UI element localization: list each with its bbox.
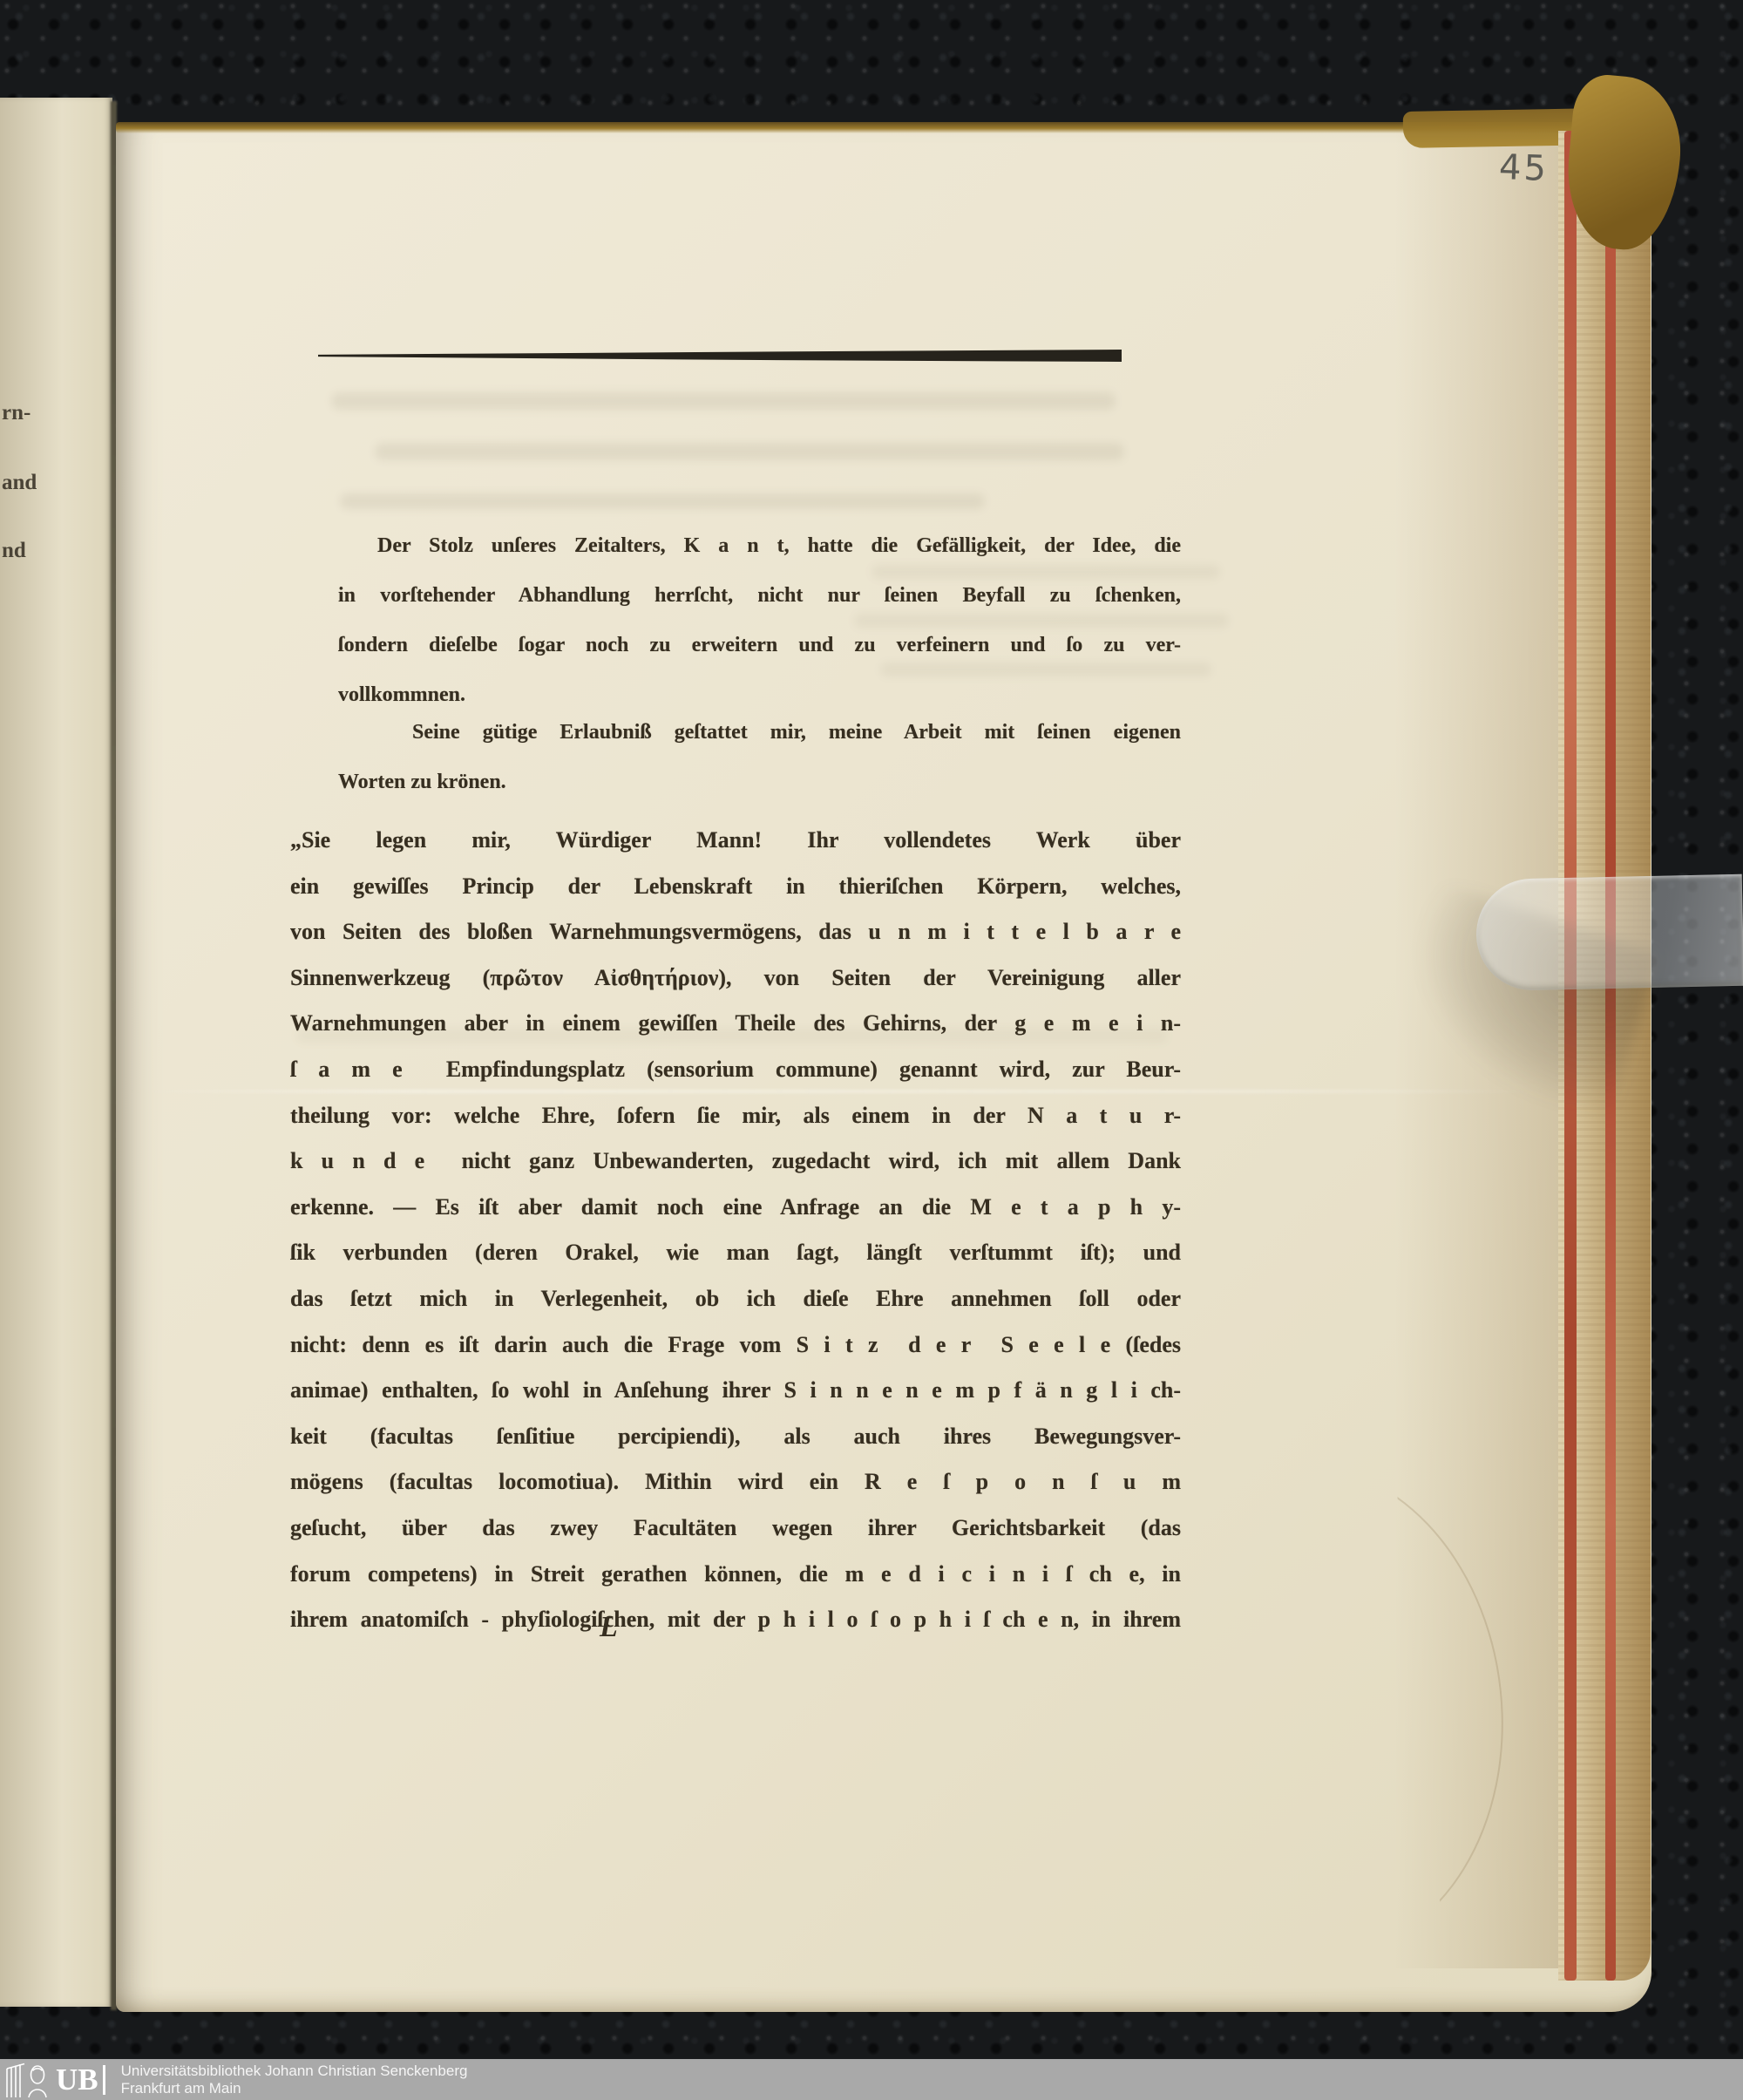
text-line: „Sie legen mir, Würdiger Mann! Ihr volle… bbox=[290, 818, 1181, 864]
ub-logo-icon bbox=[5, 2062, 52, 2098]
page-top-stained-edge bbox=[116, 122, 1597, 133]
text-line: animae) enthalten, ſo wohl in Anſehung i… bbox=[290, 1368, 1181, 1414]
text-line: Warnehmungen aber in einem gewiſſen Thei… bbox=[290, 1001, 1181, 1047]
facing-page-edge: rn- and nd bbox=[0, 98, 112, 2007]
text-line: theilung vor: welche Ehre, ſofern ſie mi… bbox=[290, 1093, 1181, 1139]
text-line: von Seiten des bloßen Warnehmungsvermöge… bbox=[290, 909, 1181, 955]
text-line: ſondern dieſelbe ſogar noch zu erweitern… bbox=[338, 621, 1181, 670]
text-line: Der Stolz unſeres Zeitalters, K a n t, h… bbox=[338, 521, 1181, 571]
library-footer-bar: UB Universitätsbibliothek Johann Christi… bbox=[0, 2059, 1743, 2100]
text-line: mögens (facultas locomotiua). Mithin wir… bbox=[290, 1459, 1181, 1505]
library-city: Frankfurt am Main bbox=[121, 2080, 468, 2097]
ub-logo-text: UB bbox=[56, 2064, 98, 2095]
text-line: geſucht, über das zwey Facultäten wegen … bbox=[290, 1505, 1181, 1552]
text-line: Sinnenwerkzeug (πρῶτον Αἰσθητήριον), von… bbox=[290, 955, 1181, 1002]
show-through bbox=[340, 493, 985, 509]
permission-paragraph: Seine gütige Erlaubniß geſtattet mir, me… bbox=[338, 708, 1181, 807]
text-line: ein gewiſſes Princip der Lebenskraft in … bbox=[290, 864, 1181, 910]
plastic-page-clip bbox=[1475, 874, 1743, 991]
signature-mark: L bbox=[600, 1611, 618, 1644]
text-line: ihrem anatomiſch - phyſiologiſchen, mit … bbox=[290, 1597, 1181, 1643]
left-page-text-fragment: nd bbox=[2, 539, 26, 563]
text-line: erkenne. — Es iſt aber damit noch eine A… bbox=[290, 1185, 1181, 1231]
main-text: „Sie legen mir, Würdiger Mann! Ihr volle… bbox=[290, 818, 1181, 1643]
text-line: in vorſtehender Abhandlung herrſcht, nic… bbox=[338, 571, 1181, 621]
text-line: Worten zu krönen. bbox=[338, 758, 1181, 807]
text-line: k u n d e nicht ganz Unbewanderten, zuge… bbox=[290, 1138, 1181, 1185]
text-line: forum competens) in Streit gerathen könn… bbox=[290, 1552, 1181, 1598]
show-through bbox=[331, 392, 1116, 410]
logo-separator bbox=[103, 2065, 105, 2095]
pencil-page-number: 45 bbox=[1498, 147, 1549, 189]
library-attribution: Universitätsbibliothek Johann Christian … bbox=[121, 2063, 468, 2097]
text-line: keit (facultas ſenſitiue percipiendi), a… bbox=[290, 1414, 1181, 1460]
text-line: ſ a m e Empfindungsplatz (sensorium comm… bbox=[290, 1047, 1181, 1093]
library-name: Universitätsbibliothek Johann Christian … bbox=[121, 2063, 468, 2080]
text-line: Seine gütige Erlaubniß geſtattet mir, me… bbox=[338, 708, 1181, 758]
text-line: nicht: denn es iſt darin auch die Frage … bbox=[290, 1322, 1181, 1369]
library-logo: UB bbox=[0, 2059, 105, 2100]
left-page-text-fragment: rn- bbox=[2, 401, 31, 425]
show-through bbox=[375, 443, 1124, 460]
left-page-text-fragment: and bbox=[2, 471, 37, 495]
text-line: das ſetzt mich in Verlegenheit, ob ich d… bbox=[290, 1276, 1181, 1322]
quote-paragraph: Der Stolz unſeres Zeitalters, K a n t, h… bbox=[338, 521, 1181, 720]
book-scan-page: rn- and nd 45 Der Stolz unſeres Zeitalte… bbox=[0, 0, 1743, 2100]
text-line: ſik verbunden (deren Orakel, wie man ſag… bbox=[290, 1230, 1181, 1276]
